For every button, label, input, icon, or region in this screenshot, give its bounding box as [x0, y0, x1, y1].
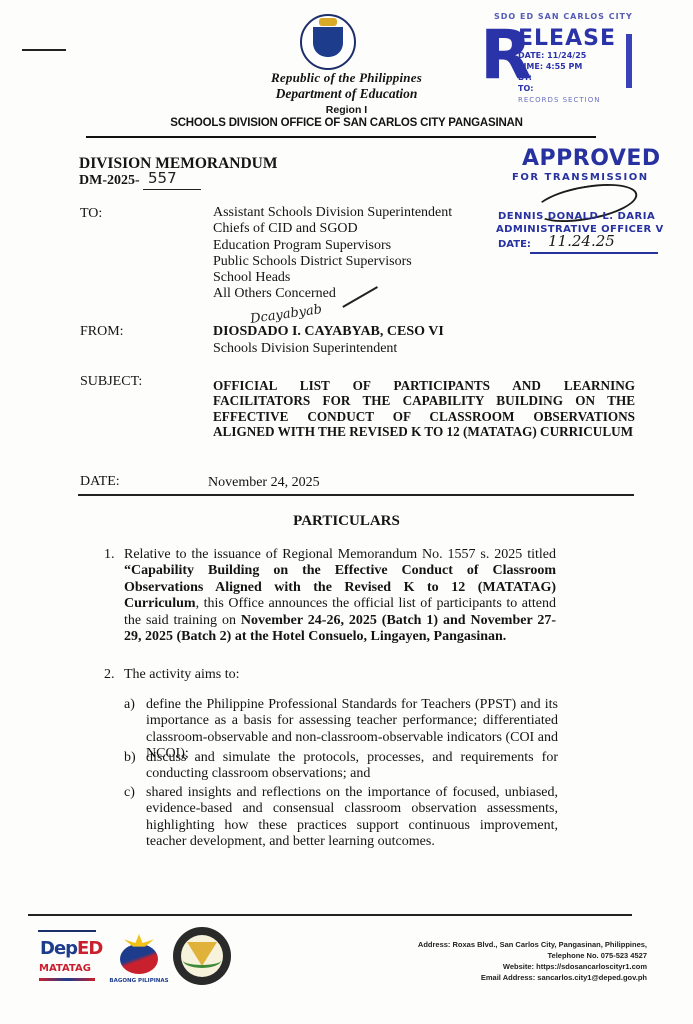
aim-text: shared insights and reflections on the i…	[146, 785, 558, 851]
to-recipients: Assistant Schools Division Superintenden…	[213, 205, 452, 303]
recipient: Education Program Supervisors	[213, 238, 452, 254]
to-label: TO:	[80, 206, 102, 222]
logo-bar	[38, 930, 96, 932]
footer-address: Address: Roxas Blvd., San Carlos City, P…	[418, 939, 647, 950]
aim-letter: c)	[124, 785, 135, 801]
release-by: BY:	[518, 73, 532, 82]
recipient: Assistant Schools Division Superintenden…	[213, 205, 452, 221]
approved-date-line	[530, 252, 658, 254]
memo-number-label: DM-2025-	[79, 173, 140, 189]
header-divider	[86, 136, 596, 138]
paragraph-2: The activity aims to:	[124, 667, 524, 683]
memo-number-underline	[143, 189, 201, 190]
deped-seal-icon	[300, 14, 356, 70]
date-divider	[78, 494, 634, 496]
deped-ed: ED	[77, 938, 102, 959]
laurel-icon	[183, 953, 221, 968]
p1-pre: Relative to the issuance of Regional Mem…	[124, 547, 556, 562]
matatag-wordmark: MATATAG	[39, 963, 91, 974]
date-value: November 24, 2025	[208, 475, 320, 491]
bagong-pilipinas-text: BAGONG PILIPINAS	[108, 978, 170, 984]
aim-letter: b)	[124, 750, 136, 766]
bagong-pilipinas-logo: BAGONG PILIPINAS	[108, 930, 170, 990]
release-stamp-bottom: RECORDS SECTION	[518, 96, 600, 104]
torch-icon	[319, 18, 337, 26]
release-stamp-bar	[626, 34, 632, 88]
release-stamp-word: ELEASE	[518, 26, 616, 51]
item-number: 1.	[104, 547, 115, 563]
item-number: 2.	[104, 667, 115, 683]
aim-letter: a)	[124, 697, 135, 713]
approved-date-label: DATE:	[498, 239, 531, 250]
particulars-heading: PARTICULARS	[0, 513, 693, 530]
footer-website[interactable]: Website: https://sdosancarloscityr1.com	[418, 961, 647, 972]
release-time: TIME: 4:55 PM	[518, 62, 582, 71]
from-title: Schools Division Superintendent	[213, 341, 397, 357]
approved-word: APPROVED	[522, 146, 661, 171]
memo-number-value: 557	[148, 169, 177, 187]
memo-title: DIVISION MEMORANDUM	[79, 155, 277, 173]
header-office: SCHOOLS DIVISION OFFICE OF SAN CARLOS CI…	[0, 117, 693, 129]
approved-date-value: 11.24.25	[548, 232, 615, 250]
from-label: FROM:	[80, 324, 124, 340]
deped-matatag-logo: DepED MATATAG	[38, 930, 96, 990]
margin-mark	[22, 49, 66, 51]
recipient: Public Schools District Supervisors	[213, 254, 452, 270]
deped-wordmark: DepED	[40, 938, 102, 959]
footer-contact: Address: Roxas Blvd., San Carlos City, P…	[418, 939, 647, 983]
release-date: DATE: 11/24/25	[518, 51, 586, 60]
matatag-tagline	[39, 978, 95, 981]
approver-name: DENNIS DONALD L. DARIA	[498, 211, 655, 222]
recipient: School Heads	[213, 270, 452, 286]
approved-stamp: APPROVED FOR TRANSMISSION DENNIS DONALD …	[494, 146, 664, 256]
release-to: TO:	[518, 84, 533, 93]
recipient: All Others Concerned	[213, 286, 452, 302]
subject-text: OFFICIAL LIST OF PARTICIPANTS AND LEARNI…	[213, 378, 635, 440]
aim-text: discuss and simulate the protocols, proc…	[146, 750, 558, 783]
sdo-san-carlos-seal-icon	[173, 927, 231, 985]
footer-divider	[28, 914, 632, 916]
paragraph-1: Relative to the issuance of Regional Mem…	[124, 547, 556, 645]
header-region: Region I	[0, 104, 693, 116]
shield-icon	[313, 27, 343, 57]
approved-sub: FOR TRANSMISSION	[512, 172, 649, 183]
release-stamp: SDO ED SAN CARLOS CITY R ELEASE DATE: 11…	[474, 10, 634, 105]
subject-label: SUBJECT:	[80, 374, 142, 390]
footer-email[interactable]: Email Address: sancarlos.city1@deped.gov…	[418, 972, 647, 983]
from-name: DIOSDADO I. CAYABYAB, CESO VI	[213, 324, 444, 340]
footer-telephone: Telephone No. 075-523 4527	[418, 950, 647, 961]
globe-icon	[120, 944, 158, 974]
recipient: Chiefs of CID and SGOD	[213, 221, 452, 237]
date-label: DATE:	[80, 474, 120, 490]
deped-dep: Dep	[40, 938, 77, 959]
